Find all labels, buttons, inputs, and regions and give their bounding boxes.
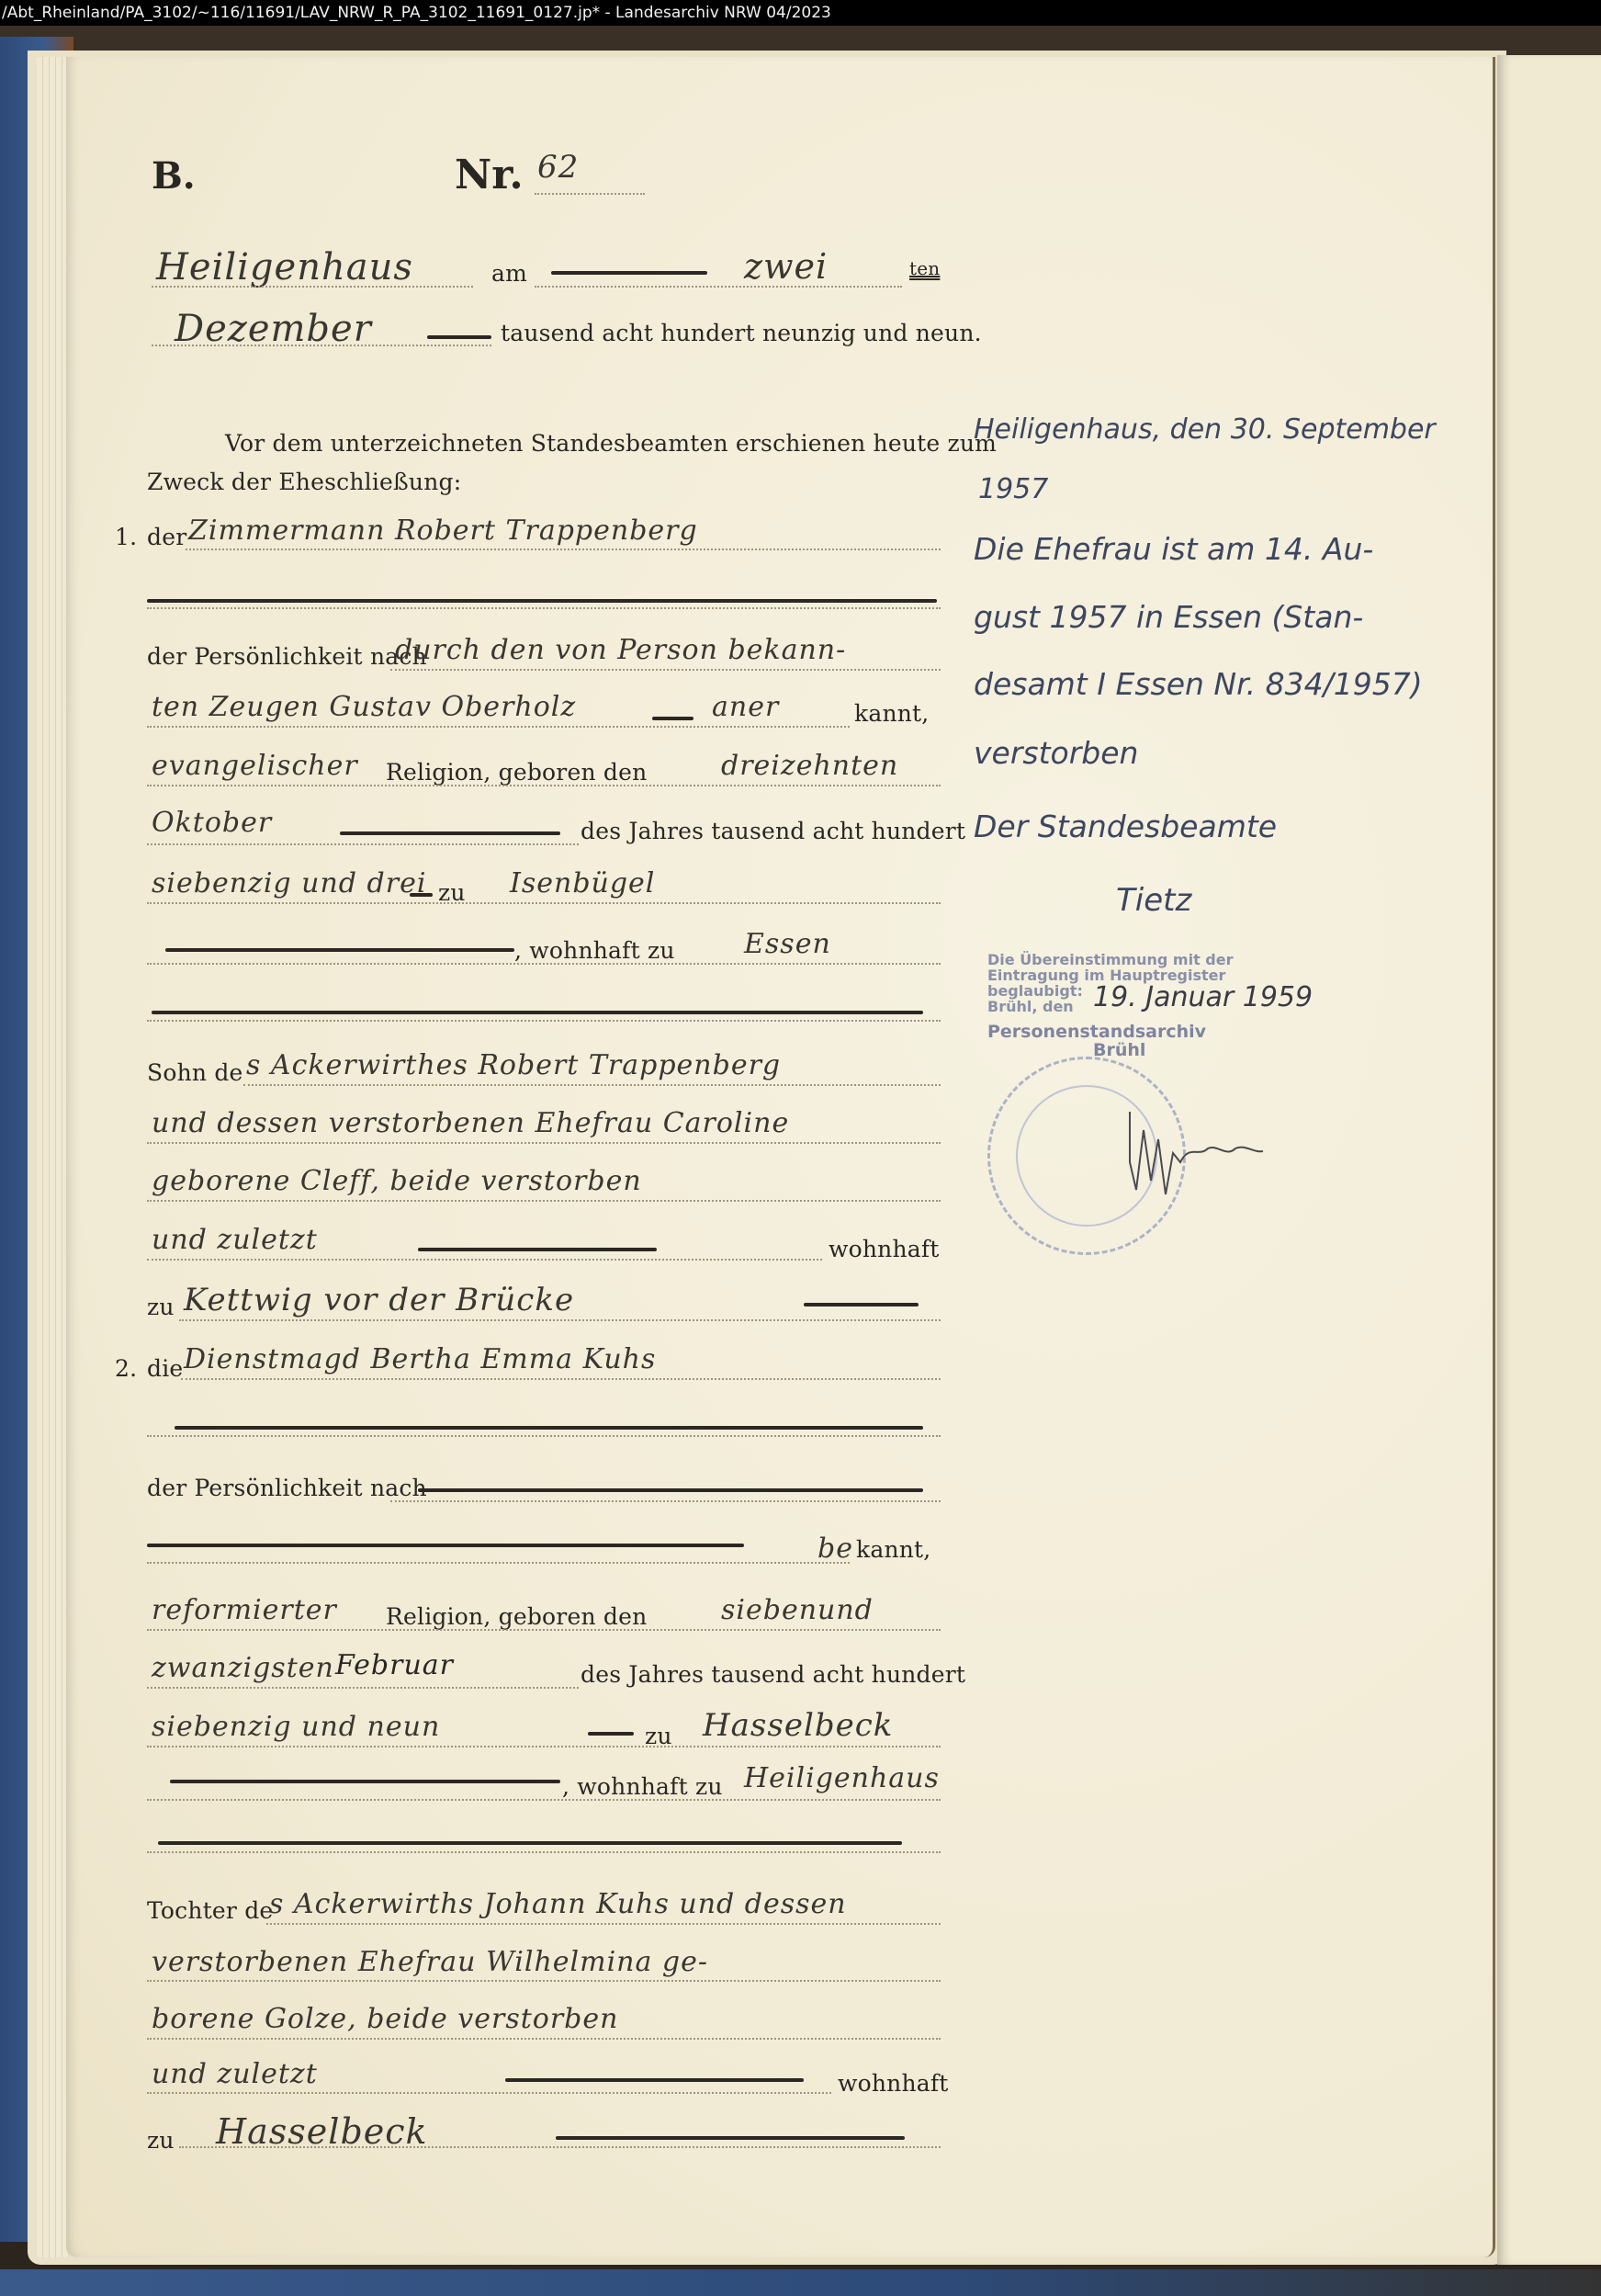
intro-line-1: Vor dem unterzeichneten Standesbeamten e… [225, 430, 997, 457]
bride-religion: reformierter [152, 1594, 337, 1626]
groom-parents-line-1: s Ackerwirthes Robert Trappenberg [246, 1049, 781, 1081]
groom-birth-place: Isenbügel [510, 867, 655, 899]
groom-line-8 [147, 963, 941, 965]
bride-parents-label: Tochter de [147, 1897, 273, 1924]
filler-dash [804, 1303, 919, 1306]
filler-dash [556, 2136, 905, 2140]
official-signature-icon [1125, 1107, 1291, 1199]
bride-parents-line-3: borene Golze, beide verstorben [152, 2003, 618, 2035]
section-letter: B. [152, 154, 196, 198]
bride-kannt-label: kannt, [856, 1536, 930, 1563]
bride-line-6 [147, 1687, 579, 1689]
groom-parents-line-4: und zuletzt [152, 1224, 318, 1256]
stamp-line-1: Die Übereinstimmung mit der [987, 952, 1233, 967]
bride-article: die [147, 1355, 183, 1382]
groom-line-5 [147, 785, 941, 786]
groom-identity-value-1: durch den von Person bekann- [395, 634, 846, 666]
bride-identity-suffix: be [817, 1533, 853, 1565]
bride-parents-dots-3 [147, 2038, 941, 2040]
record-number: 62 [537, 149, 579, 186]
groom-line-6 [147, 843, 579, 845]
number-label: Nr. [455, 152, 524, 198]
groom-parents-label: Sohn de [147, 1059, 243, 1086]
filler-dash [165, 948, 514, 952]
groom-birth-day: dreizehnten [721, 750, 898, 782]
filler-dash [170, 1780, 560, 1783]
groom-name-line [186, 549, 941, 550]
filler-dash [588, 1732, 634, 1736]
filler-dash [652, 717, 693, 720]
header-year-text: tausend acht hundert neunzig und neun. [501, 320, 982, 346]
bride-parents-zu-label: zu [147, 2127, 175, 2154]
margin-note-line-6: verstorben [974, 735, 1138, 771]
stamp-line-3: beglaubigt: [987, 983, 1083, 999]
margin-note-line-5: desamt I Essen Nr. 834/1957) [974, 666, 1423, 702]
bride-line-4 [147, 1562, 850, 1564]
groom-article: der [147, 524, 186, 550]
filler-dash [551, 271, 707, 275]
bride-birth-day: siebenund [721, 1594, 874, 1626]
facing-page [1497, 55, 1601, 2265]
header-place: Heiligenhaus [156, 246, 413, 288]
bride-residence: Heiligenhaus [744, 1762, 940, 1794]
marriage-record-form: B. Nr. 62 Heiligenhaus am zwei ten Dezem… [0, 0, 1426, 2200]
bride-line-8 [147, 1799, 941, 1801]
groom-line-2 [147, 607, 941, 609]
day-line [535, 286, 902, 288]
bride-index: 2. [115, 1355, 137, 1382]
filler-dash [152, 1011, 923, 1014]
groom-line-7 [147, 902, 941, 904]
groom-parents-zu-label: zu [147, 1294, 175, 1320]
bride-line-7 [147, 1746, 941, 1747]
margin-note-line-2: 1957 [978, 473, 1048, 505]
bride-identity-line [390, 1500, 941, 1502]
groom-parents-dots-2 [147, 1142, 941, 1144]
ten-label: ten [909, 257, 940, 279]
bride-birth-place: Hasselbeck [703, 1707, 893, 1744]
intro-line-2: Zweck der Eheschließung: [147, 469, 461, 495]
am-label: am [491, 260, 527, 287]
groom-birth-year-words: siebenzig und drei [152, 867, 426, 899]
margin-note-line-7: Der Standesbeamte [974, 809, 1277, 844]
bride-line-5 [147, 1629, 941, 1631]
groom-religion-label: Religion, geboren den [386, 759, 647, 786]
groom-year-label: des Jahres tausend acht hundert [581, 818, 965, 844]
groom-parents-dots-5 [179, 1319, 941, 1321]
register-page: B. Nr. 62 Heiligenhaus am zwei ten Dezem… [66, 57, 1495, 2257]
bride-line-2 [147, 1435, 941, 1437]
bride-name-line [181, 1378, 941, 1380]
groom-line-9 [147, 1020, 941, 1022]
groom-identity-line [390, 669, 941, 671]
filler-dash [175, 1426, 923, 1430]
groom-identity-label: der Persönlichkeit nach [147, 643, 427, 670]
filler-dash [427, 335, 491, 339]
groom-occupation-name: Zimmermann Robert Trappenberg [188, 515, 698, 547]
groom-birth-month: Oktober [152, 807, 272, 839]
groom-parents-dots-4 [147, 1259, 822, 1261]
bride-parents-dots-4 [147, 2092, 831, 2094]
filler-dash [418, 1488, 923, 1492]
stamp-handwritten-date: 19. Januar 1959 [1093, 981, 1313, 1013]
bride-religion-label: Religion, geboren den [386, 1603, 647, 1630]
stamp-archive-city: Brühl [1093, 1043, 1145, 1058]
groom-parents-dots-3 [147, 1200, 941, 1202]
bride-wohnhaft-label: , wohnhaft zu [562, 1773, 723, 1800]
stamp-line-4: Brühl, den [987, 999, 1074, 1014]
bride-parents-line-2: verstorbenen Ehefrau Wilhelmina ge- [152, 1946, 708, 1978]
registrar-signature: Tietz [1116, 882, 1191, 919]
bride-year-label: des Jahres tausend acht hundert [581, 1661, 965, 1688]
groom-religion: evangelischer [152, 750, 358, 782]
filler-dash [340, 831, 560, 835]
groom-parents-residence: Kettwig vor der Brücke [184, 1282, 574, 1318]
groom-parents-wohnhaft-label: wohnhaft [829, 1236, 940, 1262]
groom-identity-suffix: aner [712, 691, 779, 723]
filler-dash [505, 2078, 804, 2082]
groom-index: 1. [115, 524, 137, 550]
groom-identity-value-2: ten Zeugen Gustav Oberholz [152, 691, 576, 723]
number-dotted-line [535, 193, 645, 195]
groom-line-4 [147, 726, 850, 728]
filler-dash [158, 1841, 902, 1845]
bride-line-9 [147, 1851, 941, 1853]
bride-parents-line-4: und zuletzt [152, 2058, 318, 2090]
header-day: zwei [744, 246, 828, 287]
groom-parents-line-3: geborene Cleff, beide verstorben [152, 1165, 642, 1197]
bride-birth-day-2: zwanzigsten [152, 1652, 334, 1684]
stamp-archive-name: Personenstandsarchiv [987, 1024, 1206, 1040]
bride-parents-dots-5 [179, 2146, 941, 2148]
month-line [152, 345, 491, 346]
filler-dash [410, 893, 433, 897]
groom-residence: Essen [744, 928, 831, 960]
margin-note-line-4: gust 1957 in Essen (Stan- [974, 599, 1363, 635]
place-line [152, 286, 473, 288]
bride-parents-wohnhaft-label: wohnhaft [838, 2070, 949, 2097]
bride-parents-dots-2 [147, 1980, 941, 1982]
book-cover-bottom [0, 2269, 1601, 2296]
bride-identity-label: der Persönlichkeit nach [147, 1475, 427, 1501]
bride-parents-dots-1 [266, 1923, 941, 1925]
bride-birth-month: Februar [335, 1649, 454, 1681]
groom-kannt-label: kannt, [854, 700, 929, 727]
groom-wohnhaft-label: , wohnhaft zu [514, 937, 675, 964]
bride-birth-year-words: siebenzig und neun [152, 1711, 440, 1743]
groom-parents-line-2: und dessen verstorbenen Ehefrau Caroline [152, 1107, 789, 1139]
groom-parents-dots-1 [243, 1084, 941, 1086]
filler-dash [147, 599, 937, 603]
bride-parents-line-1: s Ackerwirths Johann Kuhs und dessen [269, 1888, 847, 1920]
bride-occupation-name: Dienstmagd Bertha Emma Kuhs [184, 1343, 656, 1375]
filler-dash [147, 1544, 744, 1547]
filler-dash [418, 1248, 657, 1251]
margin-note-line-3: Die Ehefrau ist am 14. Au- [974, 531, 1373, 567]
margin-note-line-1: Heiligenhaus, den 30. September [974, 413, 1436, 446]
